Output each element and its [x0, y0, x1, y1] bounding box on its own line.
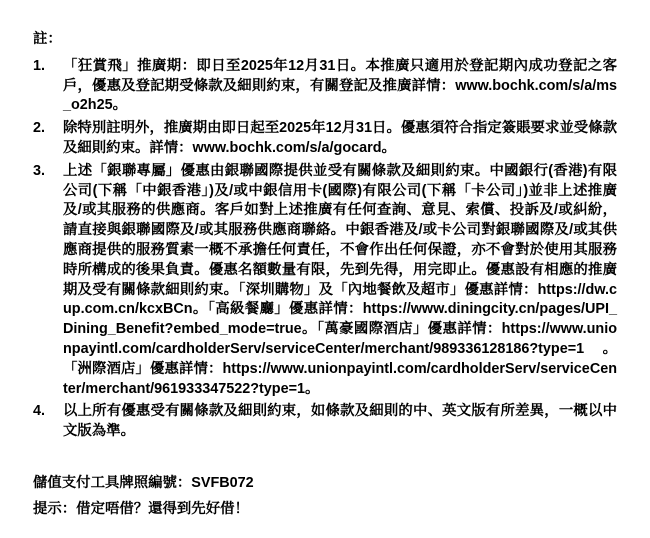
- note-item-2-text: 除特別註明外，推廣期由即日起至2025年12月31日。優惠須符合指定簽賬要求並受…: [63, 119, 617, 159]
- note-item-2: 2. 除特別註明外，推廣期由即日起至2025年12月31日。優惠須符合指定簽賬要…: [33, 119, 617, 159]
- note-item-1-number: 1.: [33, 57, 63, 116]
- note-item-1: 1. 「狂賞飛」推廣期：即日至2025年12月31日。本推廣只適用於登記期內成功…: [33, 57, 617, 116]
- note-item-3: 3. 上述「銀聯專屬」優惠由銀聯國際提供並受有關條款及細則約束。中國銀行(香港)…: [33, 162, 617, 400]
- borrowing-reminder: 提示：借定唔借？還得到先好借！: [33, 500, 617, 520]
- note-item-3-text: 上述「銀聯專屬」優惠由銀聯國際提供並受有關條款及細則約束。中國銀行(香港)有限公…: [63, 162, 617, 400]
- note-item-4-number: 4.: [33, 402, 63, 442]
- svf-licence-number: 儲值支付工具牌照編號：SVFB072: [33, 474, 617, 494]
- notes-list: 1. 「狂賞飛」推廣期：即日至2025年12月31日。本推廣只適用於登記期內成功…: [33, 57, 617, 442]
- note-item-1-text: 「狂賞飛」推廣期：即日至2025年12月31日。本推廣只適用於登記期內成功登記之…: [63, 57, 617, 116]
- note-item-4: 4. 以上所有優惠受有關條款及細則約束，如條款及細則的中、英文版有所差異，一概以…: [33, 402, 617, 442]
- note-item-3-number: 3.: [33, 162, 63, 400]
- terms-document: 註： 1. 「狂賞飛」推廣期：即日至2025年12月31日。本推廣只適用於登記期…: [0, 0, 650, 538]
- notes-heading: 註：: [33, 30, 617, 50]
- note-item-4-text: 以上所有優惠受有關條款及細則約束，如條款及細則的中、英文版有所差異，一概以中文版…: [63, 402, 617, 442]
- note-item-2-number: 2.: [33, 119, 63, 159]
